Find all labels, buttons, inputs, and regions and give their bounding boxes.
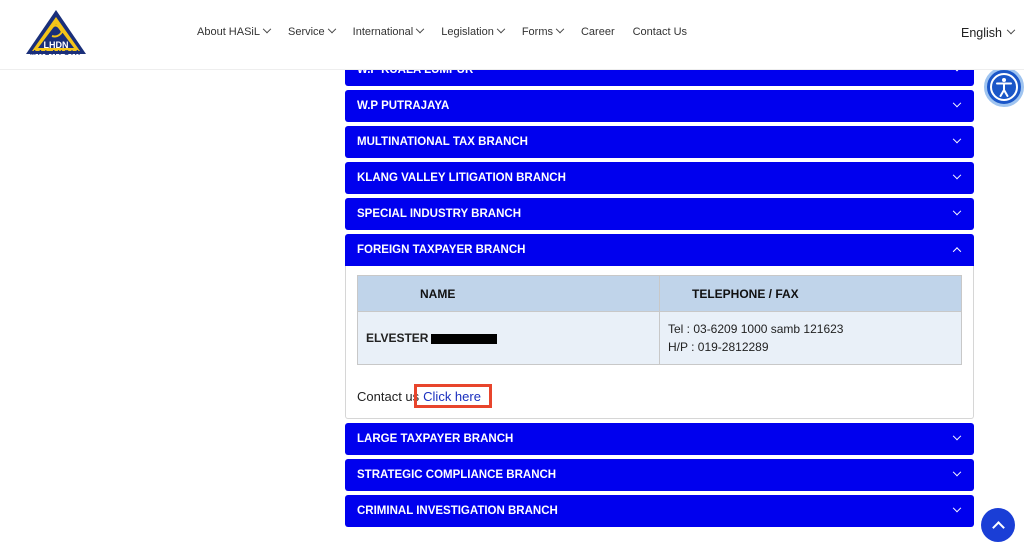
click-here-link[interactable]: Click here xyxy=(414,384,492,408)
main-nav: About HASiLServiceInternationalLegislati… xyxy=(197,26,705,38)
nav-label: Career xyxy=(581,26,615,38)
chevron-down-icon xyxy=(953,432,961,440)
scroll-to-top-button[interactable] xyxy=(981,508,1015,542)
nav-label: Legislation xyxy=(441,26,494,38)
accordion-item: W.P PUTRAJAYA xyxy=(345,90,974,122)
chevron-up-icon xyxy=(953,247,961,255)
accordion-header-criminal-investigation-branch[interactable]: CRIMINAL INVESTIGATION BRANCH xyxy=(345,495,974,527)
site-header: LHDN MALAYSIA About HASiLServiceInternat… xyxy=(0,0,1024,70)
language-label: English xyxy=(961,26,1002,40)
accordion-title: STRATEGIC COMPLIANCE BRANCH xyxy=(357,469,556,481)
chevron-down-icon xyxy=(953,504,961,512)
contact-prefix: Contact us xyxy=(357,389,419,404)
accordion-item: LARGE TAXPAYER BRANCH xyxy=(345,423,974,455)
chevron-down-icon xyxy=(1007,26,1015,34)
accordion-item: FOREIGN TAXPAYER BRANCH NAME TELEPHONE /… xyxy=(345,234,974,419)
nav-item-career[interactable]: Career xyxy=(581,26,615,38)
nav-label: About HASiL xyxy=(197,26,260,38)
chevron-down-icon xyxy=(263,25,271,33)
accordion-header-strategic-compliance-branch[interactable]: STRATEGIC COMPLIANCE BRANCH xyxy=(345,459,974,491)
accordion-title: LARGE TAXPAYER BRANCH xyxy=(357,433,513,445)
nav-item-legislation[interactable]: Legislation xyxy=(441,26,504,38)
chevron-down-icon xyxy=(953,135,961,143)
nav-label: Forms xyxy=(522,26,553,38)
accordion-panel: NAME TELEPHONE / FAX ELVESTER Tel : 03-6… xyxy=(345,266,974,419)
table-row: ELVESTER Tel : 03-6209 1000 samb 121623 … xyxy=(358,312,962,365)
chevron-down-icon xyxy=(953,468,961,476)
nav-item-service[interactable]: Service xyxy=(288,26,335,38)
language-selector[interactable]: English xyxy=(961,26,1014,40)
accordion-header-special-industry-branch[interactable]: SPECIAL INDUSTRY BRANCH xyxy=(345,198,974,230)
chevron-down-icon xyxy=(953,207,961,215)
accordion-header-multinational-tax-branch[interactable]: MULTINATIONAL TAX BRANCH xyxy=(345,126,974,158)
contact-table: NAME TELEPHONE / FAX ELVESTER Tel : 03-6… xyxy=(357,275,962,365)
accordion-item: KLANG VALLEY LITIGATION BRANCH xyxy=(345,162,974,194)
accordion-title: W.P PUTRAJAYA xyxy=(357,100,449,112)
accordion-header-large-taxpayer-branch[interactable]: LARGE TAXPAYER BRANCH xyxy=(345,423,974,455)
accordion-header-klang-valley-litigation-branch[interactable]: KLANG VALLEY LITIGATION BRANCH xyxy=(345,162,974,194)
nav-item-forms[interactable]: Forms xyxy=(522,26,563,38)
nav-label: Contact Us xyxy=(633,26,687,38)
contact-name: ELVESTER xyxy=(366,331,428,345)
chevron-up-icon xyxy=(992,521,1005,534)
accordion-header-foreign-taxpayer-branch[interactable]: FOREIGN TAXPAYER BRANCH xyxy=(345,234,974,266)
column-header-name: NAME xyxy=(358,276,660,312)
accessibility-icon xyxy=(987,70,1021,104)
nav-label: International xyxy=(353,26,414,38)
chevron-down-icon xyxy=(953,99,961,107)
contact-phone-cell: Tel : 03-6209 1000 samb 121623 H/P : 019… xyxy=(660,312,962,365)
chevron-down-icon xyxy=(327,25,335,33)
contact-name-cell: ELVESTER xyxy=(358,312,660,365)
branch-accordion: W.P KUALA LUMPURW.P PUTRAJAYAMULTINATION… xyxy=(345,54,974,531)
accessibility-button[interactable] xyxy=(984,67,1024,107)
accordion-title: KLANG VALLEY LITIGATION BRANCH xyxy=(357,172,566,184)
accordion-item: MULTINATIONAL TAX BRANCH xyxy=(345,126,974,158)
chevron-down-icon xyxy=(416,25,424,33)
nav-item-international[interactable]: International xyxy=(353,26,424,38)
nav-label: Service xyxy=(288,26,325,38)
accordion-header-w-p-putrajaya[interactable]: W.P PUTRAJAYA xyxy=(345,90,974,122)
chevron-down-icon xyxy=(953,171,961,179)
logo-subtext: MALAYSIA xyxy=(22,50,90,57)
svg-text:LHDN: LHDN xyxy=(44,40,69,50)
accordion-item: STRATEGIC COMPLIANCE BRANCH xyxy=(345,459,974,491)
accordion-title: SPECIAL INDUSTRY BRANCH xyxy=(357,208,521,220)
contact-line: Contact us Click here xyxy=(357,384,962,408)
nav-item-about-hasil[interactable]: About HASiL xyxy=(197,26,270,38)
redaction-bar xyxy=(431,334,497,344)
column-header-telephone: TELEPHONE / FAX xyxy=(660,276,962,312)
accordion-title: MULTINATIONAL TAX BRANCH xyxy=(357,136,528,148)
nav-item-contact-us[interactable]: Contact Us xyxy=(633,26,687,38)
chevron-down-icon xyxy=(556,25,564,33)
mobile-number: H/P : 019-2812289 xyxy=(668,338,961,356)
accordion-item: SPECIAL INDUSTRY BRANCH xyxy=(345,198,974,230)
accordion-title: CRIMINAL INVESTIGATION BRANCH xyxy=(357,505,558,517)
accordion-title: FOREIGN TAXPAYER BRANCH xyxy=(357,244,525,256)
telephone-number: Tel : 03-6209 1000 samb 121623 xyxy=(668,320,961,338)
accordion-item: CRIMINAL INVESTIGATION BRANCH xyxy=(345,495,974,527)
chevron-down-icon xyxy=(497,25,505,33)
